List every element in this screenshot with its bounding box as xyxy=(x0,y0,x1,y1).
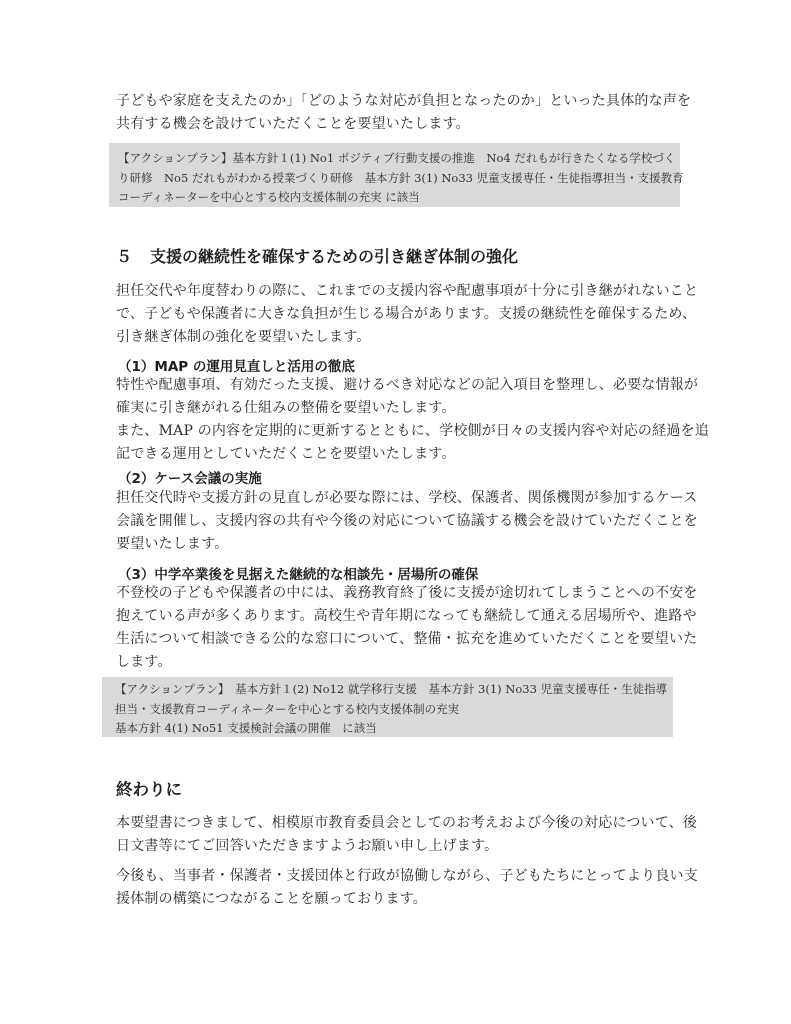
text-line: します。 xyxy=(116,651,676,674)
section-intro-paragraph: 担任交代や年度替わりの際に、これまでの支援内容や配慮事項が十分に引き継がれないこ… xyxy=(116,280,676,349)
text-line: で、子どもや保護者に大きな負担が生じる場合があります。支援の継続性を確保するため… xyxy=(116,303,676,326)
text-line: 特性や配慮事項、有効だった支援、避けるべき対応などの記入項目を整理し、必要な情報… xyxy=(116,374,676,397)
text-line: 不登校の子どもや保護者の中には、義務教育終了後に支援が途切れてしまうことへの不安… xyxy=(116,582,676,605)
text-line: 今後も、当事者・保護者・支援団体と行政が協働しながら、子どもたちにとってより良い… xyxy=(116,865,676,888)
text-line: 共有する機会を設けていただくことを要望いたします。 xyxy=(116,113,676,136)
section-heading: ５支援の継続性を確保するための引き継ぎ体制の強化 xyxy=(116,244,518,267)
subsection-paragraph: 不登校の子どもや保護者の中には、義務教育終了後に支援が途切れてしまうことへの不安… xyxy=(116,582,676,674)
intro-paragraph: 子どもや家庭を支えたのか」「どのような対応が負担となったのか」といった具体的な声… xyxy=(116,90,676,136)
action-plan-line: 【アクションプラン】基本方針１(1) No1 ポジティブ行動支援の推進 No4 … xyxy=(118,149,680,169)
document-page: 子どもや家庭を支えたのか」「どのような対応が負担となったのか」といった具体的な声… xyxy=(0,0,791,1024)
action-plan-line: 担当・支援教育コーディネーターを中心とする校内支援体制の充実 xyxy=(115,700,673,720)
text-line: 援体制の構築につながることを願っております。 xyxy=(116,888,676,911)
section-number: ５ xyxy=(116,244,150,267)
action-plan-line: 【アクションプラン】 基本方針１(2) No12 就学移行支援 基本方針 3(1… xyxy=(115,680,673,700)
text-line: 引き継ぎ体制の強化を要望いたします。 xyxy=(116,326,676,349)
action-plan-line: コーディネーターを中心とする校内支援体制の充実 に該当 xyxy=(118,188,680,208)
closing-heading: 終わりに xyxy=(116,776,182,800)
text-line: また、MAP の内容を定期的に更新するとともに、学校側が日々の支援内容や対応の経… xyxy=(116,420,676,443)
subsection-heading: （3）中学卒業後を見据えた継続的な相談先・居場所の確保 xyxy=(118,563,478,583)
text-line: 要望いたします。 xyxy=(116,533,676,556)
action-plan-line: り研修 No5 だれもがわかる授業づくり研修 基本方針 3(1) No33 児童… xyxy=(118,169,680,189)
text-line: 生活について相談できる公的な窓口について、整備・拡充を進めていただくことを要望い… xyxy=(116,628,676,651)
closing-paragraph: 本要望書につきまして、相模原市教育委員会としてのお考えおよび今後の対応について、… xyxy=(116,812,676,858)
subsection-paragraph: 担任交代時や支援方針の見直しが必要な際には、学校、保護者、関係機関が参加するケー… xyxy=(116,487,676,556)
action-plan-box: 【アクションプラン】 基本方針１(2) No12 就学移行支援 基本方針 3(1… xyxy=(102,677,673,737)
text-line: 日文書等にてご回答いただきますようお願い申し上げます。 xyxy=(116,835,676,858)
text-line: 担任交代時や支援方針の見直しが必要な際には、学校、保護者、関係機関が参加するケー… xyxy=(116,487,676,510)
section-title: 支援の継続性を確保するための引き継ぎ体制の強化 xyxy=(150,247,518,266)
subsection-heading: （2）ケース会議の実施 xyxy=(118,467,262,487)
closing-paragraph: 今後も、当事者・保護者・支援団体と行政が協働しながら、子どもたちにとってより良い… xyxy=(116,865,676,911)
text-line: 会議を開催し、支援内容の共有や今後の対応について協議する機会を設けていただくこと… xyxy=(116,510,676,533)
action-plan-box: 【アクションプラン】基本方針１(1) No1 ポジティブ行動支援の推進 No4 … xyxy=(109,143,680,207)
action-plan-line: 基本方針 4(1) No51 支援検討会議の開催 に該当 xyxy=(115,719,673,739)
text-line: 担任交代や年度替わりの際に、これまでの支援内容や配慮事項が十分に引き継がれないこ… xyxy=(116,280,676,303)
text-line: 記できる運用としていただくことを要望いたします。 xyxy=(116,443,676,466)
text-line: 確実に引き継がれる仕組みの整備を要望いたします。 xyxy=(116,397,676,420)
text-line: 抱えている声が多くあります。高校生や青年期になっても継続して通える居場所や、進路… xyxy=(116,605,676,628)
text-line: 子どもや家庭を支えたのか」「どのような対応が負担となったのか」といった具体的な声… xyxy=(116,90,676,113)
text-line: 本要望書につきまして、相模原市教育委員会としてのお考えおよび今後の対応について、… xyxy=(116,812,676,835)
subsection-heading: （1）MAP の運用見直しと活用の徹底 xyxy=(118,355,355,375)
subsection-paragraph: 特性や配慮事項、有効だった支援、避けるべき対応などの記入項目を整理し、必要な情報… xyxy=(116,374,676,466)
